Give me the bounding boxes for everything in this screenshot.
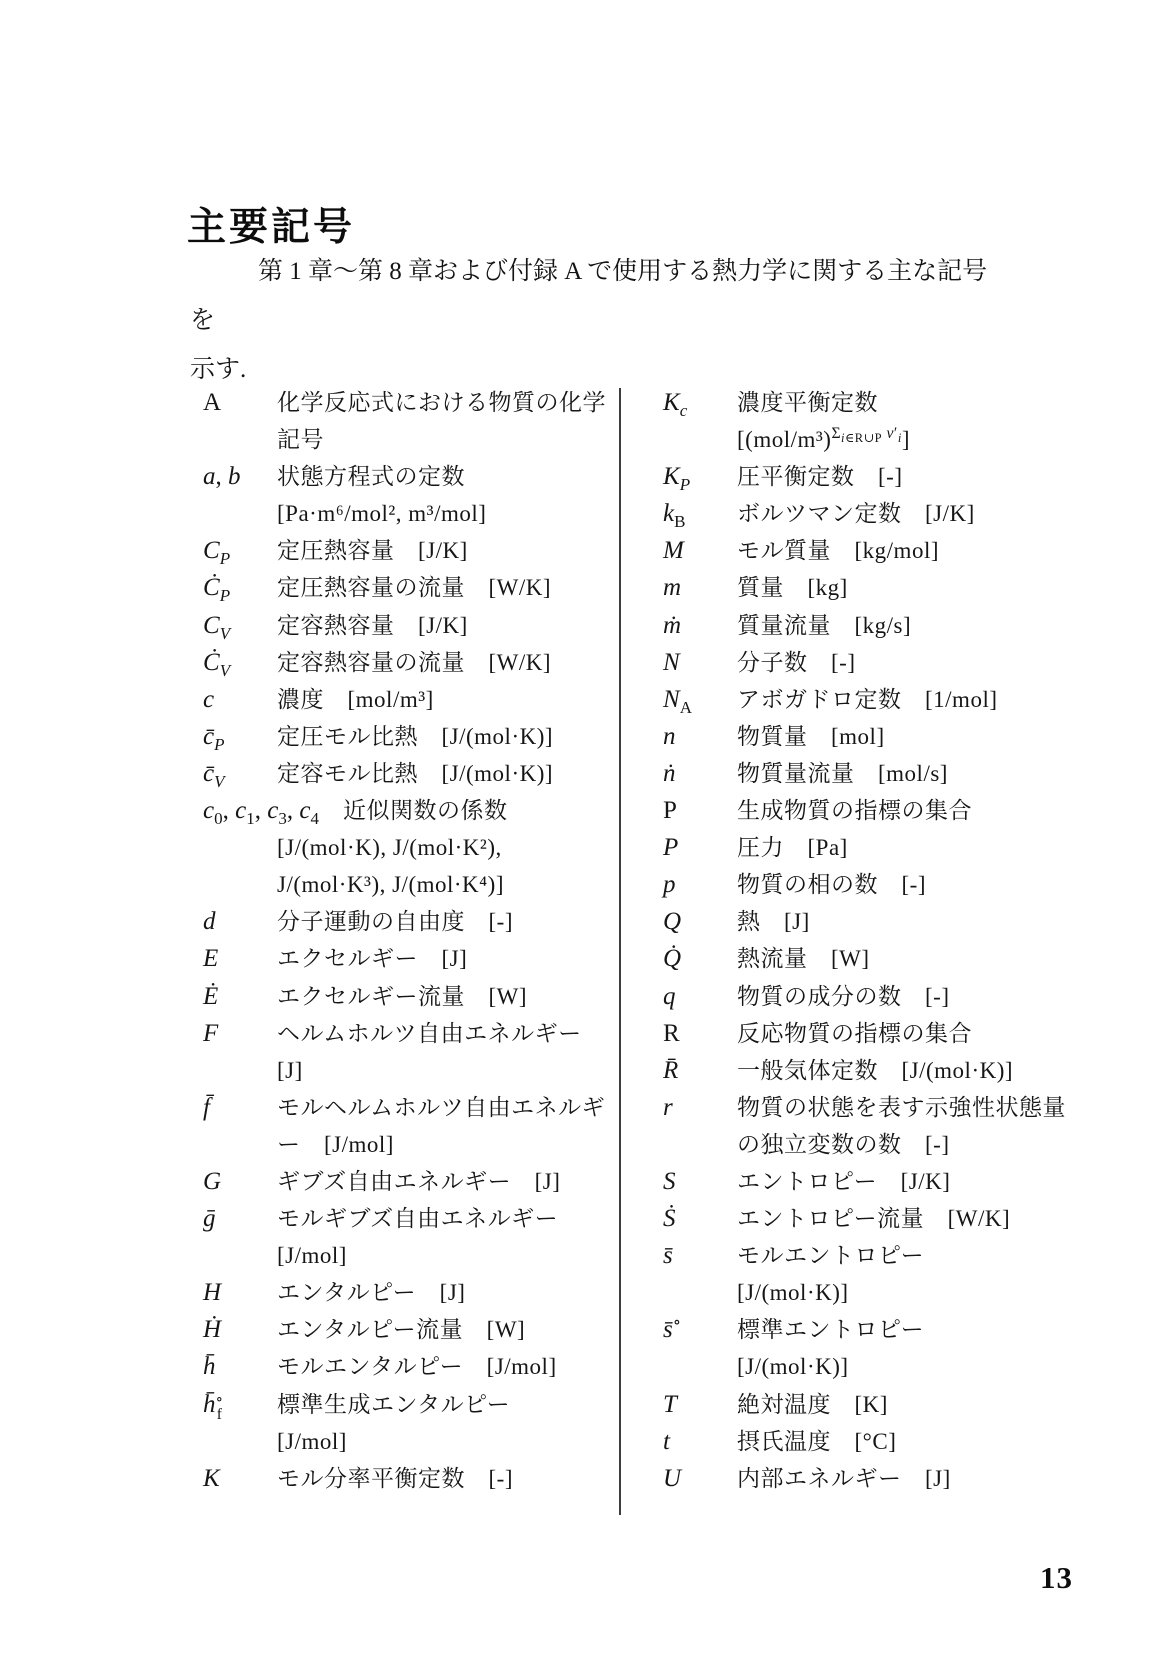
nomenclature-row: [J/mol]	[190, 1423, 610, 1460]
nomenclature-row: ṁ質量流量 [kg/s]	[650, 607, 1090, 644]
nomenclature-row: Q熱 [J]	[650, 903, 1090, 940]
description-line: 定容熱容量の流量 [W/K]	[277, 644, 551, 681]
description-line: ー [J/mol]	[277, 1126, 394, 1163]
nomenclature-row: c̄V定容モル比熱 [J/(mol·K)]	[190, 755, 610, 792]
nomenclature-row: [J/(mol·K), J/(mol·K²),	[190, 829, 610, 866]
symbol: E	[190, 940, 277, 977]
nomenclature-column-right: Kc濃度平衡定数[(mol/m³)Σi∈R∪P ν′i]KP圧平衡定数 [-]k…	[650, 384, 1090, 1497]
description-line: 状態方程式の定数	[277, 458, 465, 495]
symbol: ṁ	[650, 607, 737, 644]
nomenclature-row: n物質量 [mol]	[650, 718, 1090, 755]
nomenclature-row: c0, c1, c3, c4近似関数の係数	[190, 792, 610, 829]
symbol: s̄	[650, 1237, 737, 1274]
nomenclature-row: ĊV定容熱容量の流量 [W/K]	[190, 644, 610, 681]
description-line: [J/(mol·K)]	[737, 1348, 849, 1385]
description-line: [(mol/m³)Σi∈R∪P ν′i]	[737, 421, 910, 458]
nomenclature-row: s̄∘標準エントロピー	[650, 1311, 1090, 1348]
nomenclature-row: ṅ物質量流量 [mol/s]	[650, 755, 1090, 792]
description-line: J/(mol·K³), J/(mol·K⁴)]	[277, 866, 504, 903]
nomenclature-row: c濃度 [mol/m³]	[190, 681, 610, 718]
description-line: 生成物質の指標の集合	[737, 792, 972, 829]
symbol: c0, c1, c3, c4	[190, 792, 343, 829]
nomenclature-column-left: A化学反応式における物質の化学記号a, b状態方程式の定数[Pa·m⁶/mol²…	[190, 384, 610, 1497]
symbol: ĊP	[190, 569, 277, 606]
description-line: 摂氏温度 [°C]	[737, 1423, 896, 1460]
page-number: 13	[1040, 1560, 1073, 1596]
symbol: ĊV	[190, 644, 277, 681]
nomenclature-row: q物質の成分の数 [-]	[650, 978, 1090, 1015]
description-line: [J/mol]	[277, 1237, 347, 1274]
symbol: h̄∘f	[190, 1386, 277, 1423]
nomenclature-row: の独立変数の数 [-]	[650, 1126, 1090, 1163]
description-line: 熱 [J]	[737, 903, 810, 940]
description-line: 一般気体定数 [J/(mol·K)]	[737, 1052, 1013, 1089]
nomenclature-row: a, b状態方程式の定数	[190, 458, 610, 495]
description-line: ボルツマン定数 [J/K]	[737, 495, 975, 532]
symbol: q	[650, 978, 737, 1015]
symbol: H	[190, 1274, 277, 1311]
nomenclature-row: [(mol/m³)Σi∈R∪P ν′i]	[650, 421, 1090, 458]
description-line: 物質の相の数 [-]	[737, 866, 926, 903]
nomenclature-row: Ṡエントロピー流量 [W/K]	[650, 1200, 1090, 1237]
description-line: エンタルピー流量 [W]	[277, 1311, 525, 1348]
symbol: Ė	[190, 978, 277, 1015]
nomenclature-row: 記号	[190, 421, 610, 458]
symbol: P	[650, 829, 737, 866]
nomenclature-row: Ḣエンタルピー流量 [W]	[190, 1311, 610, 1348]
description-line: [J/(mol·K)]	[737, 1274, 849, 1311]
nomenclature-row: Q̇熱流量 [W]	[650, 940, 1090, 977]
symbol: A	[190, 384, 277, 421]
nomenclature-row: R反応物質の指標の集合	[650, 1015, 1090, 1052]
symbol: d	[190, 903, 277, 940]
nomenclature-row: P圧力 [Pa]	[650, 829, 1090, 866]
symbol: NA	[650, 681, 737, 718]
nomenclature-row: ー [J/mol]	[190, 1126, 610, 1163]
symbol: KP	[650, 458, 737, 495]
nomenclature-row: Ėエクセルギー流量 [W]	[190, 978, 610, 1015]
symbol: r	[650, 1089, 737, 1126]
description-line: [J/mol]	[277, 1423, 347, 1460]
description-line: エンタルピー [J]	[277, 1274, 465, 1311]
description-line: 濃度平衡定数	[737, 384, 878, 421]
symbol: Kc	[650, 384, 737, 421]
symbol: T	[650, 1386, 737, 1423]
nomenclature-row: ḡモルギブズ自由エネルギー	[190, 1200, 610, 1237]
nomenclature-row: Sエントロピー [J/K]	[650, 1163, 1090, 1200]
description-line: 物質の状態を表す示強性状態量	[737, 1089, 1066, 1126]
description-line: 絶対温度 [K]	[737, 1386, 888, 1423]
description-line: 濃度 [mol/m³]	[277, 681, 434, 718]
description-line: ヘルムホルツ自由エネルギー	[277, 1015, 582, 1052]
symbol: ḡ	[190, 1200, 277, 1237]
symbol: ṅ	[650, 755, 737, 792]
page-title: 主要記号	[187, 196, 355, 252]
nomenclature-row: [J/(mol·K)]	[650, 1274, 1090, 1311]
symbol: K	[190, 1460, 277, 1497]
symbol: P	[650, 792, 737, 829]
nomenclature-row: c̄P定圧モル比熱 [J/(mol·K)]	[190, 718, 610, 755]
description-line: 内部エネルギー [J]	[737, 1460, 951, 1497]
symbol: a, b	[190, 458, 277, 495]
description-line: [J/(mol·K), J/(mol·K²),	[277, 829, 502, 866]
description-line: モルエンタルピー [J/mol]	[277, 1348, 557, 1385]
symbol: c̄P	[190, 718, 277, 755]
description-line: 標準エントロピー	[737, 1311, 924, 1348]
nomenclature-row: U内部エネルギー [J]	[650, 1460, 1090, 1497]
symbol: p	[650, 866, 737, 903]
nomenclature-row: Mモル質量 [kg/mol]	[650, 532, 1090, 569]
symbol: Ṡ	[650, 1200, 737, 1237]
nomenclature-row: [J]	[190, 1052, 610, 1089]
nomenclature-row: KP圧平衡定数 [-]	[650, 458, 1090, 495]
nomenclature-row: [Pa·m⁶/mol², m³/mol]	[190, 495, 610, 532]
description-line: 定容モル比熱 [J/(mol·K)]	[277, 755, 553, 792]
description-line: エクセルギー [J]	[277, 940, 467, 977]
symbol: CV	[190, 607, 277, 644]
symbol: f̄	[190, 1089, 277, 1126]
nomenclature-row: ĊP定圧熱容量の流量 [W/K]	[190, 569, 610, 606]
nomenclature-row: t摂氏温度 [°C]	[650, 1423, 1090, 1460]
description-line: 圧平衡定数 [-]	[737, 458, 902, 495]
description-line: 定圧熱容量 [J/K]	[277, 532, 468, 569]
description-line: エントロピー [J/K]	[737, 1163, 950, 1200]
description-line: 化学反応式における物質の化学	[277, 384, 606, 421]
nomenclature-row: kBボルツマン定数 [J/K]	[650, 495, 1090, 532]
description-line: [Pa·m⁶/mol², m³/mol]	[277, 495, 486, 532]
description-line: ギブズ自由エネルギー [J]	[277, 1163, 560, 1200]
symbol: U	[650, 1460, 737, 1497]
description-line: [J]	[277, 1052, 303, 1089]
nomenclature-row: N分子数 [-]	[650, 644, 1090, 681]
intro-paragraph: 第 1 章～第 8 章および付録 A で使用する熱力学に関する主な記号を 示す.	[190, 247, 995, 394]
description-line: 質量流量 [kg/s]	[737, 607, 911, 644]
description-line: 分子数 [-]	[737, 644, 855, 681]
nomenclature-row: NAアボガドロ定数 [1/mol]	[650, 681, 1090, 718]
symbol: kB	[650, 495, 737, 532]
nomenclature-row: h̄モルエンタルピー [J/mol]	[190, 1348, 610, 1385]
symbol: Ḣ	[190, 1311, 277, 1348]
symbol: S	[650, 1163, 737, 1200]
nomenclature-row: f̄モルヘルムホルツ自由エネルギ	[190, 1089, 610, 1126]
nomenclature-row: [J/(mol·K)]	[650, 1348, 1090, 1385]
symbol: R̄	[650, 1052, 737, 1089]
symbol: G	[190, 1163, 277, 1200]
column-divider	[619, 388, 621, 1515]
nomenclature-row: m質量 [kg]	[650, 569, 1090, 606]
description-line: モル質量 [kg/mol]	[737, 532, 939, 569]
description-line: 物質量流量 [mol/s]	[737, 755, 948, 792]
nomenclature-row: Kモル分率平衡定数 [-]	[190, 1460, 610, 1497]
symbol: R	[650, 1015, 737, 1052]
nomenclature-row: J/(mol·K³), J/(mol·K⁴)]	[190, 866, 610, 903]
symbol: N	[650, 644, 737, 681]
nomenclature-row: Fヘルムホルツ自由エネルギー	[190, 1015, 610, 1052]
symbol: Q	[650, 903, 737, 940]
description-line: モルエントロピー	[737, 1237, 924, 1274]
symbol: F	[190, 1015, 277, 1052]
description-line: 圧力 [Pa]	[737, 829, 848, 866]
description-line: 定圧モル比熱 [J/(mol·K)]	[277, 718, 553, 755]
description-line: アボガドロ定数 [1/mol]	[737, 681, 998, 718]
description-line: 質量 [kg]	[737, 569, 848, 606]
symbol: s̄∘	[650, 1311, 737, 1348]
nomenclature-row: h̄∘f標準生成エンタルピー	[190, 1386, 610, 1423]
intro-line: 第 1 章～第 8 章および付録 A で使用する熱力学に関する主な記号を	[190, 247, 995, 345]
nomenclature-row: R̄一般気体定数 [J/(mol·K)]	[650, 1052, 1090, 1089]
description-line: 近似関数の係数	[343, 792, 508, 829]
symbol: Q̇	[650, 940, 737, 977]
description-line: の独立変数の数 [-]	[737, 1126, 949, 1163]
nomenclature-row: CP定圧熱容量 [J/K]	[190, 532, 610, 569]
nomenclature-row: Eエクセルギー [J]	[190, 940, 610, 977]
nomenclature-row: Kc濃度平衡定数	[650, 384, 1090, 421]
symbol: t	[650, 1423, 737, 1460]
description-line: 分子運動の自由度 [-]	[277, 903, 513, 940]
description-line: 記号	[277, 421, 324, 458]
nomenclature-row: P生成物質の指標の集合	[650, 792, 1090, 829]
description-line: 物質の成分の数 [-]	[737, 978, 949, 1015]
description-line: モル分率平衡定数 [-]	[277, 1460, 513, 1497]
nomenclature-row: T絶対温度 [K]	[650, 1386, 1090, 1423]
symbol: c̄V	[190, 755, 277, 792]
nomenclature-row: [J/mol]	[190, 1237, 610, 1274]
description-line: エントロピー流量 [W/K]	[737, 1200, 1010, 1237]
symbol: h̄	[190, 1348, 277, 1385]
nomenclature-row: Hエンタルピー [J]	[190, 1274, 610, 1311]
nomenclature-row: r物質の状態を表す示強性状態量	[650, 1089, 1090, 1126]
description-line: 定容熱容量 [J/K]	[277, 607, 468, 644]
description-line: エクセルギー流量 [W]	[277, 978, 527, 1015]
nomenclature-row: Gギブズ自由エネルギー [J]	[190, 1163, 610, 1200]
symbol: m	[650, 569, 737, 606]
description-line: モルヘルムホルツ自由エネルギ	[277, 1089, 605, 1126]
symbol: CP	[190, 532, 277, 569]
nomenclature-row: CV定容熱容量 [J/K]	[190, 607, 610, 644]
symbol: n	[650, 718, 737, 755]
description-line: 定圧熱容量の流量 [W/K]	[277, 569, 551, 606]
description-line: 物質量 [mol]	[737, 718, 885, 755]
nomenclature-row: A化学反応式における物質の化学	[190, 384, 610, 421]
symbol: M	[650, 532, 737, 569]
nomenclature-row: d分子運動の自由度 [-]	[190, 903, 610, 940]
description-line: 反応物質の指標の集合	[737, 1015, 972, 1052]
nomenclature-row: p物質の相の数 [-]	[650, 866, 1090, 903]
nomenclature-row: s̄モルエントロピー	[650, 1237, 1090, 1274]
description-line: モルギブズ自由エネルギー	[277, 1200, 558, 1237]
symbol: c	[190, 681, 277, 718]
description-line: 熱流量 [W]	[737, 940, 870, 977]
description-line: 標準生成エンタルピー	[277, 1386, 510, 1423]
